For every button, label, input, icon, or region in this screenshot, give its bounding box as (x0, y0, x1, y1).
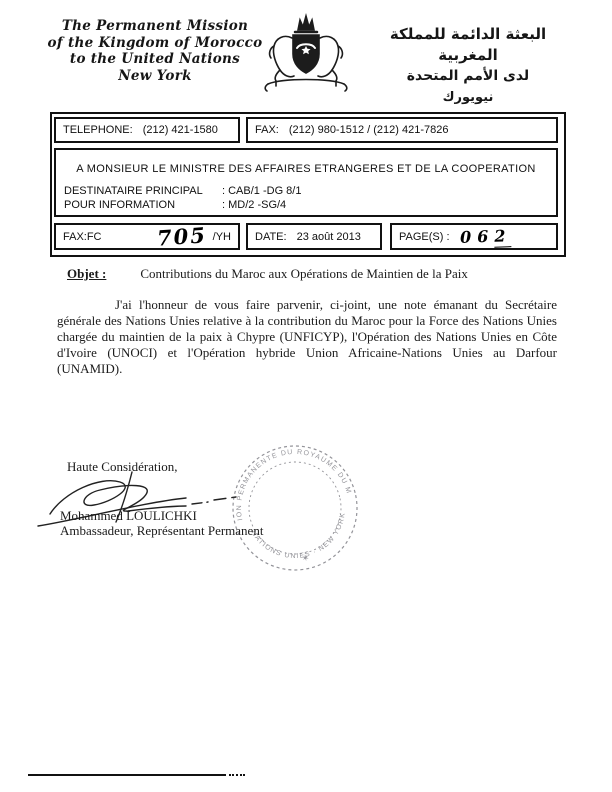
fax-document-page: The Permanent Mission of the Kingdom of … (0, 0, 612, 792)
pages-handwritten-value: 062 (459, 226, 511, 247)
pages-label: PAGE(S) : (399, 231, 450, 243)
addressee-cell: A MONSIEUR LE MINISTRE DES AFFAIRES ETRA… (54, 148, 558, 217)
addressee-line: A MONSIEUR LE MINISTRE DES AFFAIRES ETRA… (56, 163, 556, 175)
morocco-coat-of-arms-icon (262, 8, 350, 102)
subject-label: Objet : (67, 266, 106, 281)
mission-en-line1: The Permanent Mission (42, 18, 268, 35)
subject-text: Contributions du Maroc aux Opérations de… (140, 266, 467, 281)
fax-fc-handwritten-number: 705 (156, 222, 207, 250)
mission-en-line2: of the Kingdom of Morocco (42, 35, 268, 52)
mission-en-line3: to the United Nations (42, 51, 268, 68)
fax-fc-suffix: /YH (213, 231, 231, 243)
fax-value: (212) 980-1512 / (212) 421-7826 (289, 124, 449, 136)
pages-cell: PAGE(S) : 062 (390, 223, 558, 250)
pages-value-2: 2 (493, 226, 511, 248)
bottom-scan-dots (229, 774, 245, 776)
body-paragraph: J'ai l'honneur de vous faire parvenir, c… (57, 297, 557, 377)
mission-round-stamp: MISSION PERMANENTE DU ROYAUME DU MAROC N… (228, 441, 362, 575)
date-label: DATE: (255, 231, 287, 243)
fax-label: FAX: (255, 124, 279, 136)
pages-value-1: 06 (459, 227, 494, 247)
mission-name-arabic: البعثة الدائمة للمملكة المغربية لدى الأم… (366, 24, 570, 108)
subject-line: Objet :Contributions du Maroc aux Opérat… (67, 266, 547, 282)
svg-text:MISSION PERMANENTE DU ROYAUME: MISSION PERMANENTE DU ROYAUME DU MAROC (228, 441, 353, 524)
date-cell: DATE: 23 août 2013 (246, 223, 382, 250)
fax-fc-cell: FAX:FC 705 /YH (54, 223, 240, 250)
bottom-scan-line (28, 774, 226, 776)
date-value: 23 août 2013 (297, 231, 361, 243)
mission-name-english: The Permanent Mission of the Kingdom of … (42, 18, 268, 84)
fax-number-cell: FAX: (212) 980-1512 / (212) 421-7826 (246, 117, 558, 143)
destinataire-label: DESTINATAIRE PRINCIPAL (64, 184, 222, 198)
stamp-top-text: MISSION PERMANENTE DU ROYAUME DU MAROC (228, 441, 353, 524)
routing-lines: DESTINATAIRE PRINCIPAL: CAB/1 -DG 8/1 PO… (64, 184, 556, 212)
mission-ar-line3: نيويورك (366, 87, 570, 108)
destinataire-value: : CAB/1 -DG 8/1 (222, 185, 301, 197)
telephone-label: TELEPHONE: (63, 124, 133, 136)
information-label: POUR INFORMATION (64, 198, 222, 212)
signer-name: Mohammed LOULICHKI (60, 508, 197, 524)
telephone-cell: TELEPHONE: (212) 421-1580 (54, 117, 240, 143)
fax-header-table: TELEPHONE: (212) 421-1580 FAX: (212) 980… (50, 112, 566, 257)
fax-fc-label: FAX:FC (63, 231, 102, 243)
destinataire-line: DESTINATAIRE PRINCIPAL: CAB/1 -DG 8/1 (64, 184, 556, 198)
information-line: POUR INFORMATION: MD/2 -SG/4 (64, 198, 556, 212)
mission-ar-line1: البعثة الدائمة للمملكة المغربية (366, 24, 570, 66)
telephone-value: (212) 421-1580 (143, 124, 218, 136)
information-value: : MD/2 -SG/4 (222, 199, 286, 211)
mission-en-line4: New York (42, 68, 268, 85)
mission-ar-line2: لدى الأمم المتحدة (366, 66, 570, 87)
